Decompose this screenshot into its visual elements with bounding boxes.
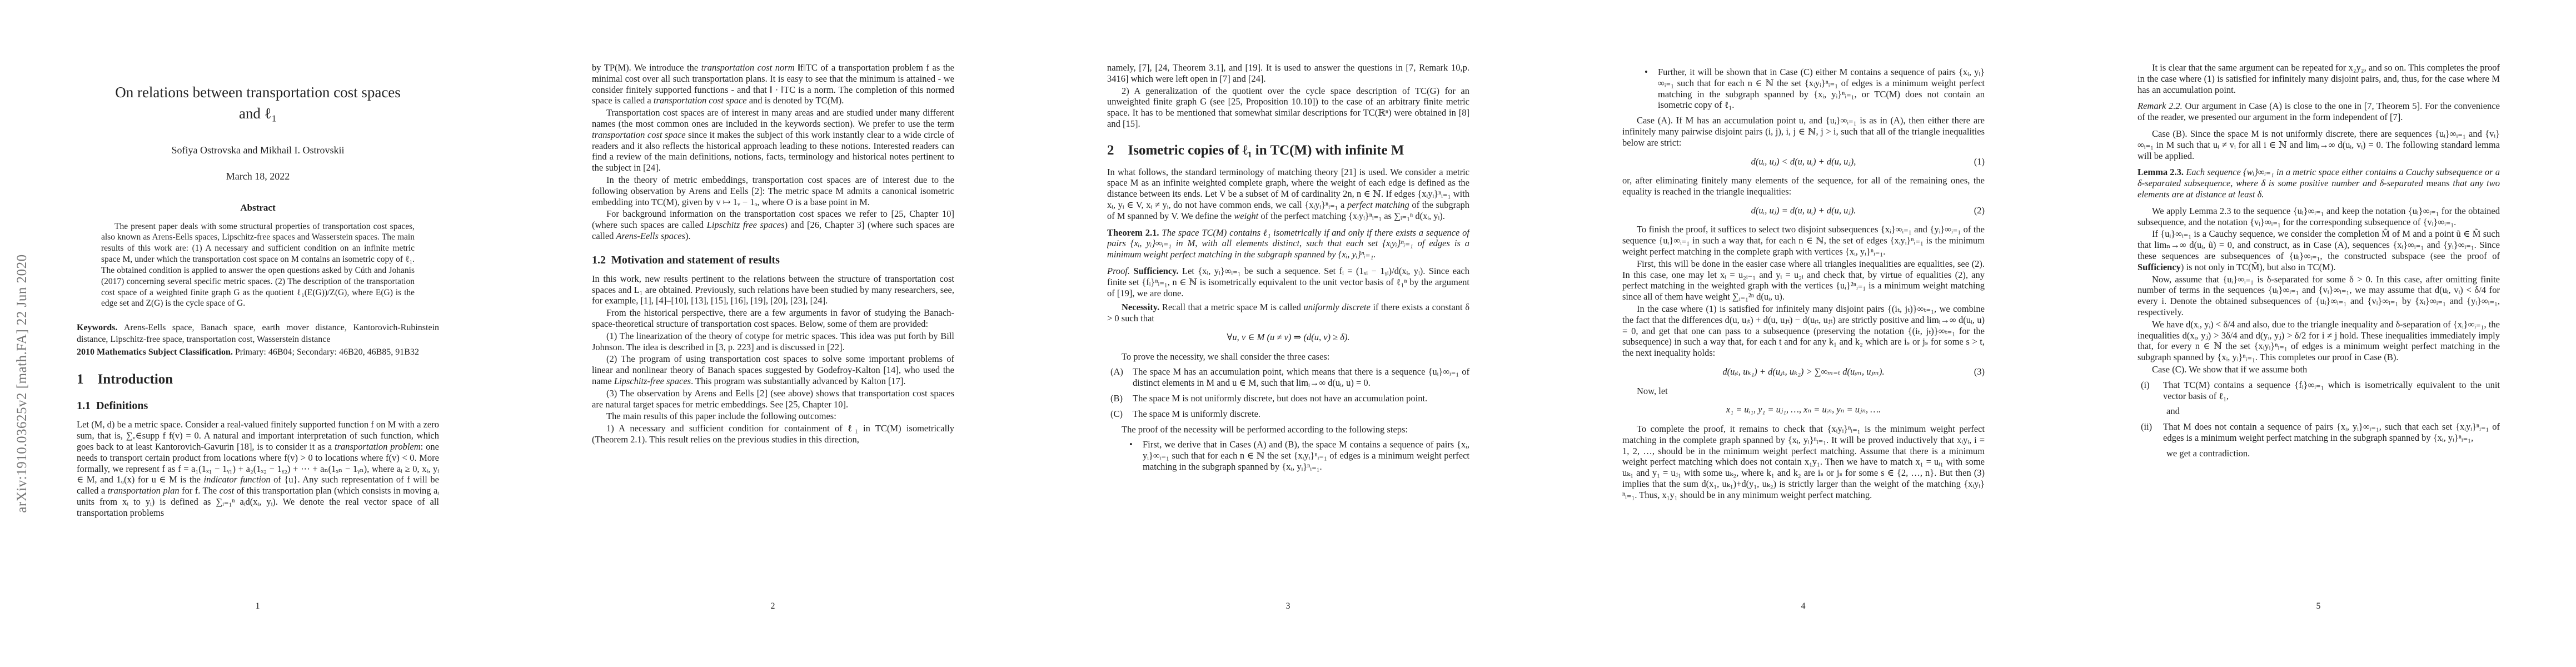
item-label: • (1129, 439, 1143, 472)
text-run: Transportation cost spaces are of intere… (592, 107, 954, 129)
equation-body: ∀u, v ∈ M (u ≠ v) ⇒ (d(u, v) ≥ δ). (1227, 332, 1349, 342)
item-label: (A) (1110, 366, 1133, 389)
text-run: Theorem 2.1. (1107, 227, 1162, 238)
text-run: Arens-Eells space, Banach space, earth m… (77, 323, 439, 344)
paragraph: Let (M, d) be a metric space. Consider a… (77, 419, 439, 518)
equation-number: (1) (1974, 156, 1985, 168)
abstract-paragraph: The present paper deals with some struct… (101, 221, 415, 310)
theorem-block: Remark 2.2. Our argument in Case (A) is … (2137, 101, 2500, 123)
text-run: It is clear that the same argument can b… (2137, 62, 2500, 95)
display-equation: d(uᵢₜ, uₖ₁) + d(uⱼₜ, uₖ₂) > ∑∞ₘ₌ₜ d(uᵢₘ,… (1622, 366, 1985, 378)
page-number: 1 (0, 601, 515, 611)
text-run: First, this will be done in the easier c… (1622, 258, 1985, 302)
list-item: (ii)That M does not contain a sequence o… (2137, 421, 2500, 444)
paragraph: Now, let (1622, 386, 1985, 397)
text-run: perfect matching (1347, 200, 1409, 210)
text-run: Lemma 2.3. (2137, 167, 2186, 177)
text-run: (3) The observation by Arens and Eells [… (592, 388, 954, 410)
text-run: Keywords. (77, 323, 124, 332)
item-label: (C) (1110, 409, 1133, 420)
equation-number: (2) (1974, 205, 1985, 217)
paragraph: In the case where (1) is satisfied for i… (1622, 303, 1985, 359)
text-run: Our argument in Case (A) is close to the… (2137, 101, 2500, 122)
text-run: d(uᵢₜ, uₖ₁) + d(uⱼₜ, uₖ₂) > ∑∞ₘ₌ₜ d(uᵢₘ,… (1722, 366, 1884, 377)
subsection-heading: 1.1 Definitions (77, 400, 439, 412)
page-number: 2 (515, 601, 1030, 611)
text-run: The main results of this paper include t… (606, 411, 836, 421)
page-5: It is clear that the same argument can b… (2061, 0, 2576, 667)
text-run: indicator function (204, 474, 271, 485)
page-number: 4 (1546, 601, 2061, 611)
paragraph: 1) A necessary and sufficient condition … (592, 423, 954, 445)
item-label: • (1645, 67, 1658, 111)
text-run: Sufficiency (2137, 262, 2181, 272)
abstract-heading: Abstract (77, 202, 439, 213)
text-run: If {uᵢ}∞ᵢ₌₁ is a Cauchy sequence, we con… (2137, 228, 2500, 261)
text-run: 2010 Mathematics Subject Classification. (77, 347, 235, 357)
paragraph: 2) A generalization of the quotient over… (1107, 86, 1469, 130)
text-run: and (2166, 406, 2180, 416)
text-run: The space M is uniformly discrete. (1133, 409, 1260, 419)
display-equation: d(uᵢ, uⱼ) < d(u, uᵢ) + d(u, uⱼ),(1) (1622, 156, 1985, 168)
item-label: (i) (2141, 380, 2163, 402)
paragraph: To finish the proof, it suffices to sele… (1622, 224, 1985, 257)
text-run: That TC(M) contains a sequence {fᵢ}∞ᵢ₌₁ … (2163, 380, 2500, 401)
list-continuation: we get a contradiction. (2166, 448, 2500, 459)
text-run: Sofiya Ostrovska and Mikhail I. Ostrovsk… (172, 145, 345, 156)
text-run: To prove the necessity, we shall conside… (1122, 351, 1329, 362)
equation-body: d(uᵢ, uⱼ) < d(u, uᵢ) + d(u, uⱼ), (1751, 156, 1856, 167)
text-run: In the case where (1) is satisfied for i… (1622, 303, 1985, 358)
list-item: •First, we derive that in Cases (A) and … (1107, 439, 1469, 472)
text-run: Now, let (1637, 386, 1668, 396)
text-run: 1 Introduction (77, 372, 173, 387)
list-item: (B)The space M is not uniformly discrete… (1107, 393, 1469, 404)
page-number: 5 (2061, 601, 2576, 611)
arxiv-stamp: arXiv:1910.03625v2 [math.FA] 22 Jun 2020 (14, 254, 30, 512)
page-1: On relations between transportation cost… (0, 0, 515, 667)
item-text: First, we derive that in Cases (A) and (… (1143, 439, 1469, 472)
paragraph: (2) The program of using transportation … (592, 354, 954, 386)
paragraph: Case (A). If M has an accumulation point… (1622, 115, 1985, 148)
paragraph: Case (C). We show that if we assume both (2137, 364, 2500, 375)
paragraph: We apply Lemma 2.3 to the sequence {uᵢ}∞… (2137, 206, 2500, 228)
author-line: Sofiya Ostrovska and Mikhail I. Ostrovsk… (77, 145, 439, 156)
keywords-line: Keywords. Arens-Eells space, Banach spac… (77, 322, 439, 346)
paragraph: It is clear that the same argument can b… (2137, 62, 2500, 95)
page-3: namely, [7], [24, Theorem 3.1], and [19]… (1030, 0, 1546, 667)
text-run: Abstract (240, 202, 275, 213)
text-run: The space M has an accumulation point, w… (1133, 366, 1469, 388)
text-run: weight (1234, 211, 1258, 221)
text-run: Recall that a metric space M is called (1162, 302, 1304, 312)
page-3-content: namely, [7], [24, Theorem 3.1], and [19]… (1107, 62, 1469, 477)
text-run: 2) A generalization of the quotient over… (1107, 86, 1469, 129)
text-run: March 18, 2022 (226, 171, 290, 182)
text-run: Further, it will be shown that in Case (… (1658, 67, 1985, 110)
text-run: cost (220, 485, 235, 496)
text-run: transportation cost space (592, 130, 686, 140)
item-text: The space M is not uniformly discrete, b… (1133, 393, 1469, 404)
date-line: March 18, 2022 (77, 171, 439, 182)
item-text: That M does not contain a sequence of pa… (2163, 421, 2500, 444)
text-run: Case (C). We show that if we assume both (2152, 364, 2307, 375)
paragraph: We have d(xᵢ, yᵢ) < δ/4 and also, due to… (2137, 319, 2500, 363)
text-run: Arens-Eells spaces (616, 231, 685, 241)
equation-body: x₁ = uᵢ₁, y₁ = uⱼ₁, …, xₙ = uᵢₙ, yₙ = uⱼ… (1726, 404, 1881, 415)
text-run: We apply Lemma 2.3 to the sequence {uᵢ}∞… (2137, 206, 2500, 227)
item-text: Further, it will be shown that in Case (… (1658, 67, 1985, 111)
text-run: The space M is not uniformly discrete, b… (1133, 393, 1427, 404)
text-run: 2 Isometric copies of ℓ₁ in TC(M) with i… (1107, 143, 1404, 158)
list-item: (i)That TC(M) contains a sequence {fᵢ}∞ᵢ… (2137, 380, 2500, 402)
text-run: . This program was substantially advance… (691, 376, 905, 386)
paragraph: namely, [7], [24, Theorem 3.1], and [19]… (1107, 62, 1469, 84)
page-2: by TP(M). We introduce the transportatio… (515, 0, 1030, 667)
page-1-content: On relations between transportation cost… (77, 82, 439, 520)
text-run: On relations between transportation cost… (115, 84, 401, 122)
paragraph: The main results of this paper include t… (592, 411, 954, 422)
subsection-heading: 1.2 Motivation and statement of results (592, 254, 954, 267)
text-run: To complete the proof, it remains to che… (1622, 424, 1985, 500)
text-run: Proof. (1107, 266, 1133, 276)
paragraph: Necessity. Recall that a metric space M … (1107, 302, 1469, 324)
proof-block: Proof. Sufficiency. Let {xᵢ, yᵢ}∞ᵢ₌₁ be … (1107, 266, 1469, 298)
text-run: (1) The linearization of the theory of c… (592, 331, 954, 352)
page-4-content: •Further, it will be shown that in Case … (1622, 62, 1985, 502)
paragraph: by TP(M). We introduce the transportatio… (592, 62, 954, 106)
text-run: by TP(M). We introduce the (592, 62, 701, 73)
text-run: Case (A). If M has an accumulation point… (1622, 115, 1985, 148)
display-equation: ∀u, v ∈ M (u ≠ v) ⇒ (d(u, v) ≥ δ). (1107, 332, 1469, 344)
paragraph: The proof of the necessity will be perfo… (1107, 424, 1469, 435)
text-run: 1.1 Definitions (77, 400, 148, 412)
paragraph: Now, assume that {uᵢ}∞ᵢ₌₁ is δ-separated… (2137, 274, 2500, 318)
section-heading: 2 Isometric copies of ℓ₁ in TC(M) with i… (1107, 143, 1469, 159)
page-4: •Further, it will be shown that in Case … (1546, 0, 2061, 667)
display-equation: x₁ = uᵢ₁, y₁ = uⱼ₁, …, xₙ = uᵢₙ, yₙ = uⱼ… (1622, 404, 1985, 416)
item-text: The space M has an accumulation point, w… (1133, 366, 1469, 389)
text-run: x₁ = uᵢ₁, y₁ = uⱼ₁, …, xₙ = uᵢₙ, yₙ = uⱼ… (1726, 404, 1881, 415)
text-run: transportation cost space (654, 95, 747, 106)
text-run: transportation problem (335, 441, 421, 452)
text-run: Necessity. (1122, 302, 1162, 312)
page-number: 3 (1030, 601, 1546, 611)
paragraph: In this work, new results pertinent to t… (592, 273, 954, 306)
theorem-block: Lemma 2.3. Each sequence {wᵢ}∞ᵢ₌₁ in a m… (2137, 167, 2500, 200)
item-label: (B) (1110, 393, 1133, 404)
paragraph: To complete the proof, it remains to che… (1622, 424, 1985, 501)
equation-body: d(uᵢ, uⱼ) = d(u, uᵢ) + d(u, uⱼ). (1751, 205, 1856, 216)
text-run: Remark 2.2. (2137, 101, 2185, 111)
text-run: of the perfect matching {xᵢyᵢ}ⁿᵢ₌₁ as ∑ᵢ… (1258, 211, 1445, 221)
text-run: we get a contradiction. (2166, 448, 2250, 459)
paragraph: From the historical perspective, there a… (592, 307, 954, 330)
text-run: uniformly discrete (1303, 302, 1370, 312)
paper-title: On relations between transportation cost… (77, 82, 439, 125)
page-2-content: by TP(M). We introduce the transportatio… (592, 62, 954, 446)
text-run: and is denoted by TC(M). (747, 95, 844, 106)
list-continuation: and (2166, 406, 2500, 417)
text-run: for f. The (180, 485, 220, 496)
paragraph: In the theory of metric embeddings, tran… (592, 175, 954, 207)
paragraph: (1) The linearization of the theory of c… (592, 331, 954, 353)
text-run: In the theory of metric embeddings, tran… (592, 175, 954, 207)
text-run: The proof of the necessity will be perfo… (1122, 424, 1408, 435)
section-heading: 1 Introduction (77, 372, 439, 388)
text-run: ) is not only in TC(M̃), but also in TC(… (2181, 262, 2336, 272)
paragraph: Transportation cost spaces are of intere… (592, 107, 954, 173)
paragraph: If {uᵢ}∞ᵢ₌₁ is a Cauchy sequence, we con… (2137, 228, 2500, 272)
text-run: We have d(xᵢ, yᵢ) < δ/4 and also, due to… (2137, 319, 2500, 362)
text-run: means (2426, 178, 2449, 188)
text-run: ∀u, v ∈ M (u ≠ v) ⇒ (d(u, v) ≥ δ). (1227, 332, 1349, 342)
text-run: Primary: 46B04; Secondary: 46B20, 46B85,… (235, 347, 419, 357)
paragraph: To prove the necessity, we shall conside… (1107, 351, 1469, 362)
theorem-block: Theorem 2.1. The space TC(M) contains ℓ₁… (1107, 227, 1469, 260)
paragraph: First, this will be done in the easier c… (1622, 258, 1985, 302)
paragraph: In what follows, the standard terminolog… (1107, 167, 1469, 222)
list-item: •Further, it will be shown that in Case … (1622, 67, 1985, 111)
text-run: That M does not contain a sequence of pa… (2163, 421, 2500, 443)
paragraph: For background information on the transp… (592, 208, 954, 241)
equation-body: d(uᵢₜ, uₖ₁) + d(uⱼₜ, uₖ₂) > ∑∞ₘ₌ₜ d(uᵢₘ,… (1722, 366, 1884, 377)
equation-number: (3) (1974, 366, 1985, 378)
text-run: Lipschitz free spaces (707, 220, 785, 230)
text-run: First, we derive that in Cases (A) and (… (1143, 439, 1469, 472)
paragraph: or, after eliminating finitely many elem… (1622, 175, 1985, 197)
paragraph: Case (B). Since the space M is not unifo… (2137, 128, 2500, 161)
display-equation: d(uᵢ, uⱼ) = d(u, uᵢ) + d(u, uⱼ).(2) (1622, 205, 1985, 217)
text-run: transportation cost norm (701, 62, 795, 73)
text-run: d(uᵢ, uⱼ) = d(u, uᵢ) + d(u, uⱼ). (1751, 205, 1856, 216)
text-run: d(uᵢ, uⱼ) < d(u, uᵢ) + d(u, uⱼ), (1751, 156, 1856, 167)
paragraph: (3) The observation by Arens and Eells [… (592, 388, 954, 410)
text-run: Now, assume that {uᵢ}∞ᵢ₌₁ is δ-separated… (2137, 274, 2500, 317)
page-5-content: It is clear that the same argument can b… (2137, 62, 2500, 464)
text-run: namely, [7], [24, Theorem 3.1], and [19]… (1107, 62, 1469, 84)
text-run: 1) A necessary and sufficient condition … (592, 423, 954, 445)
text-run: To finish the proof, it suffices to sele… (1622, 224, 1985, 257)
text-run: Lipschitz-free spaces (614, 376, 691, 386)
item-label: (ii) (2141, 421, 2163, 444)
item-text: The space M is uniformly discrete. (1133, 409, 1469, 420)
text-run: or, after eliminating finitely many elem… (1622, 175, 1985, 197)
text-run: From the historical perspective, there a… (592, 307, 954, 329)
document-sheet: arXiv:1910.03625v2 [math.FA] 22 Jun 2020… (0, 0, 2576, 667)
text-run: In this work, new results pertinent to t… (592, 273, 954, 306)
text-run: 1.2 Motivation and statement of results (592, 254, 780, 266)
list-item: (C)The space M is uniformly discrete. (1107, 409, 1469, 420)
keywords-line: 2010 Mathematics Subject Classification.… (77, 347, 439, 359)
item-text: That TC(M) contains a sequence {fᵢ}∞ᵢ₌₁ … (2163, 380, 2500, 402)
text-run: ). (685, 231, 691, 241)
list-item: (A)The space M has an accumulation point… (1107, 366, 1469, 389)
text-run: Case (B). Since the space M is not unifo… (2137, 128, 2500, 161)
text-run: The space TC(M) contains ℓ₁ isometricall… (1107, 227, 1469, 260)
text-run: Sufficiency. (1133, 266, 1182, 276)
text-run: transportation plan (108, 485, 180, 496)
text-run: The present paper deals with some struct… (101, 222, 415, 308)
